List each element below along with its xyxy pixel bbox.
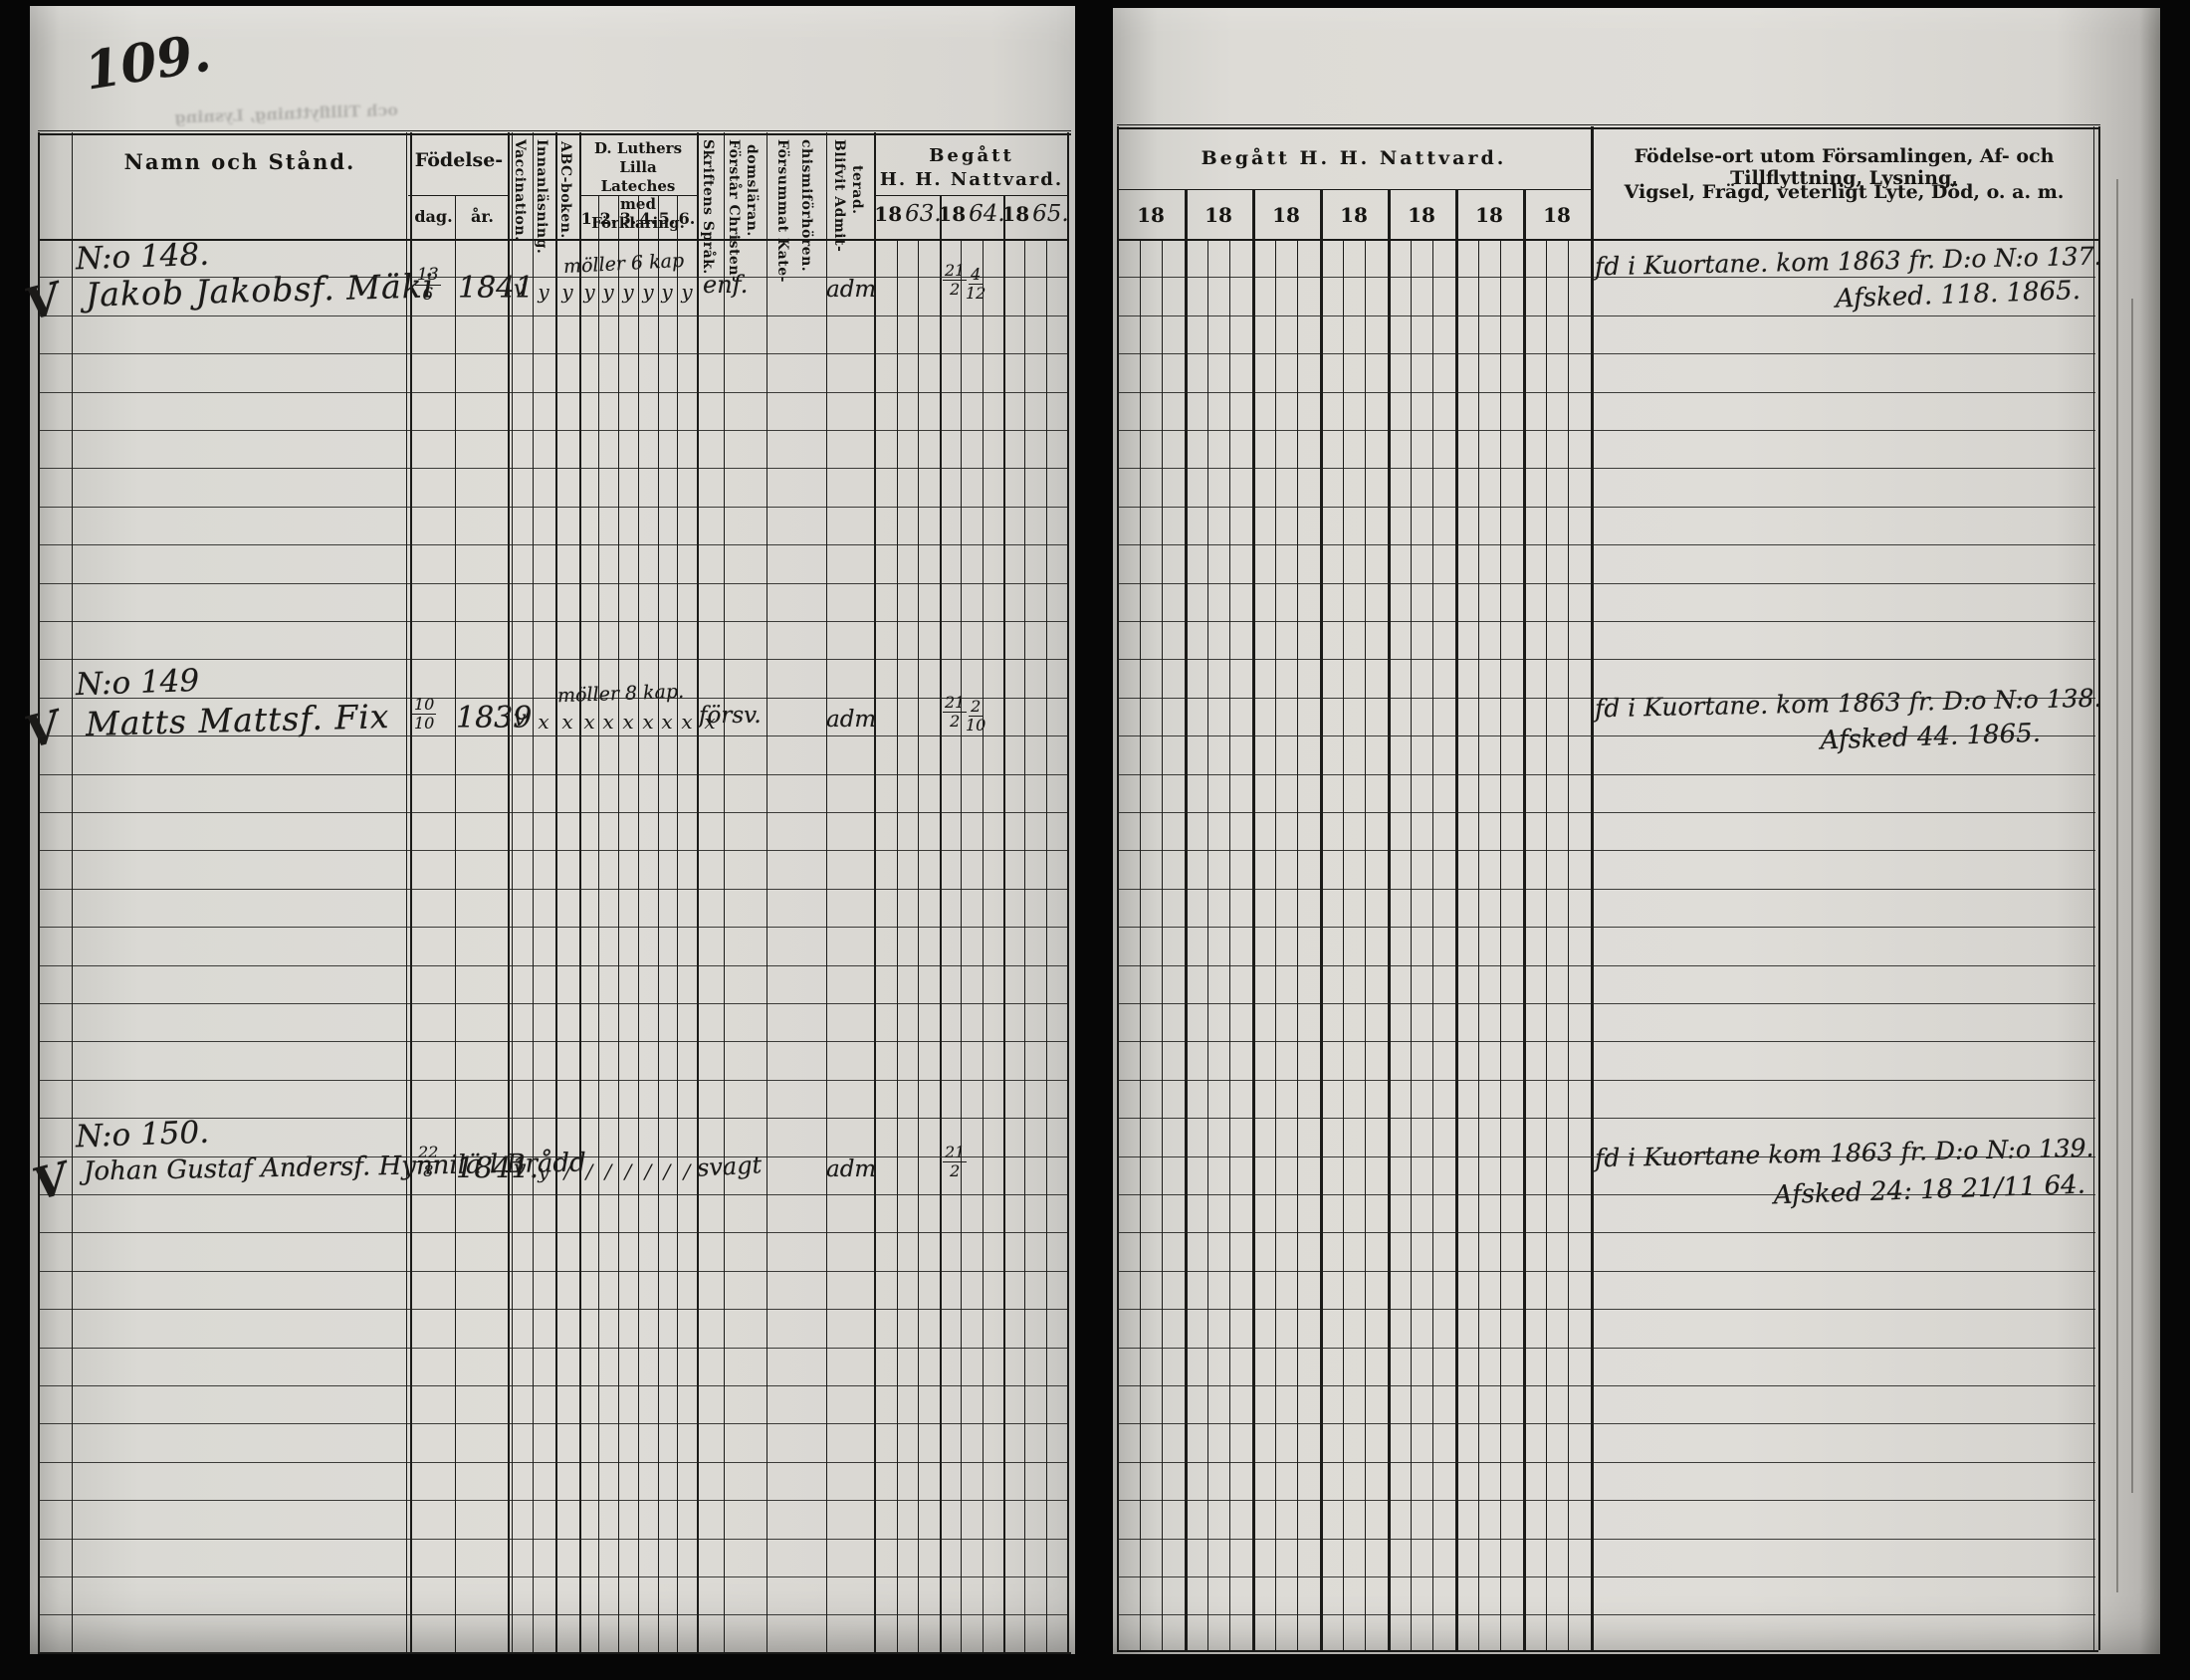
grid-line	[1117, 774, 2095, 775]
grid-line	[1117, 659, 2095, 660]
grid-line	[1117, 735, 2095, 736]
grid-line	[1411, 239, 1412, 1650]
grid-line	[38, 621, 1067, 622]
grid-line	[897, 239, 898, 1652]
col-header-missed-2: chismiförhören.	[798, 139, 814, 241]
grid-line	[1275, 239, 1276, 1650]
grid-line	[38, 1462, 1067, 1463]
vaccination-mark: v	[514, 277, 526, 302]
birth-day: 136	[415, 267, 441, 304]
grid-line	[1546, 239, 1547, 1650]
grid-line	[638, 195, 639, 1652]
grid-line	[1117, 1462, 2095, 1463]
notes-header-line2: Vigsel, Frägd, veterligt Lyte, Död, o. a…	[1593, 181, 2095, 203]
grid-line	[38, 133, 1071, 135]
grid-line	[38, 1614, 1067, 1615]
year-cell-1864: 18 64.	[942, 201, 1001, 227]
grid-line	[38, 1385, 1067, 1386]
grid-line	[38, 1080, 1067, 1081]
grid-line	[1003, 195, 1005, 1652]
grid-line	[38, 659, 1067, 660]
grid-line	[1117, 1309, 2095, 1310]
mark-cell: x	[555, 705, 579, 738]
right-year-5: 18	[1402, 203, 1441, 227]
grid-line	[38, 774, 1067, 775]
grid-line	[38, 1003, 1067, 1004]
grid-line	[1117, 1423, 2095, 1424]
catechism-subcol-5: 5.	[657, 209, 677, 228]
communion-date: 212	[943, 695, 967, 730]
grid-line	[1117, 965, 2095, 966]
communion-header-line1: Begått	[876, 145, 1067, 166]
grid-line	[1117, 189, 1591, 190]
grid-line	[1117, 544, 2095, 545]
mark-cell: y	[532, 275, 555, 309]
grid-line	[1162, 239, 1163, 1650]
mark-cell: /	[675, 1155, 699, 1188]
col-header-admitted-2: terad.	[849, 139, 865, 241]
grid-line	[1117, 1232, 2095, 1233]
year-written: 64.	[969, 201, 1005, 227]
grid-line	[1117, 698, 2095, 699]
col-header-scripture: Skriftens Språk.	[700, 139, 716, 241]
admitted-entry: adm	[826, 277, 874, 303]
grid-line	[1117, 1385, 2095, 1386]
grid-line	[1500, 239, 1501, 1650]
grid-line	[1185, 189, 1188, 1650]
mark-cell: /	[555, 1155, 579, 1188]
grid-line	[1478, 239, 1479, 1650]
right-year-6: 18	[1469, 203, 1509, 227]
grid-line	[1117, 430, 2095, 431]
grid-line	[38, 353, 1067, 354]
grid-line	[1297, 239, 1298, 1650]
year-printed: 18	[874, 202, 902, 226]
grid-line	[1117, 239, 2098, 241]
year-cell-1865: 18 65.	[1005, 201, 1065, 227]
grid-line	[874, 195, 1067, 196]
grid-line	[38, 1271, 1067, 1272]
year-printed: 18	[1001, 202, 1029, 226]
grid-line	[677, 195, 678, 1652]
col-header-understands-2: domsläran.	[744, 139, 760, 241]
grid-line	[1117, 1614, 2095, 1615]
right-year-4: 18	[1334, 203, 1374, 227]
mark-cell: y	[555, 275, 579, 309]
right-year-7: 18	[1537, 203, 1577, 227]
grid-line	[1117, 468, 2095, 469]
grid-line	[38, 1232, 1067, 1233]
catechism-subcol-4: 4.	[638, 209, 658, 228]
year-written: 63.	[905, 201, 942, 227]
grid-line	[1117, 353, 2095, 354]
grid-line	[1046, 239, 1047, 1652]
grid-line	[1568, 239, 1569, 1650]
communion-date: 212	[943, 263, 967, 298]
mark-cell: x	[532, 705, 555, 738]
grid-line	[38, 1423, 1067, 1424]
grid-line	[658, 195, 659, 1652]
right-year-3: 18	[1266, 203, 1306, 227]
grid-line	[455, 195, 456, 1652]
grid-line	[38, 1309, 1067, 1310]
subheader-day: dag.	[412, 207, 455, 226]
page-edge-streak	[2116, 179, 2118, 1592]
grid-line	[38, 965, 1067, 966]
communion-date: 212	[943, 1145, 967, 1179]
col-header-reading: Innanläsning.	[534, 139, 549, 241]
catechism-subcol-1: 1.	[579, 209, 599, 228]
grid-line	[38, 1348, 1067, 1349]
catechism-subcol-2: 2.	[598, 209, 618, 228]
grid-line	[1432, 239, 1433, 1650]
grid-line	[1252, 189, 1255, 1650]
grid-line	[1388, 189, 1391, 1650]
grid-line	[38, 1194, 1067, 1195]
grid-line	[1117, 889, 2095, 890]
grid-line	[1365, 239, 1366, 1650]
col-header-vaccination: Vaccination.	[512, 139, 528, 241]
col-header-birth: Födelse-	[410, 149, 508, 171]
grid-line	[38, 1652, 1071, 1654]
right-communion-header: Begått H. H. Nattvard.	[1117, 147, 1591, 169]
vaccination-mark: v	[514, 707, 526, 732]
grid-line	[1455, 189, 1458, 1650]
admitted-entry: adm	[826, 707, 874, 733]
grid-line	[1117, 1500, 2095, 1501]
grid-line	[983, 239, 984, 1652]
grid-line	[38, 889, 1067, 890]
grid-line	[1117, 1271, 2095, 1272]
grid-line	[918, 239, 919, 1652]
grid-line	[1117, 583, 2095, 584]
grid-line	[1343, 239, 1344, 1650]
grid-line	[1207, 239, 1208, 1650]
birth-day: 228	[416, 1145, 440, 1179]
page-edge-streak	[2131, 299, 2133, 1493]
grid-line	[2098, 126, 2100, 1650]
grid-line	[38, 1156, 1067, 1157]
grid-line	[1117, 1576, 2095, 1577]
book-scan: 109. och Tillflyttning, Lysning Namn och…	[0, 0, 2190, 1680]
grid-line	[1117, 277, 2095, 278]
col-header-name: Namn och Stånd.	[72, 149, 408, 174]
grid-line	[38, 315, 1067, 316]
grid-line	[1117, 1194, 2095, 1195]
grid-line	[38, 735, 1067, 736]
year-printed: 18	[938, 202, 966, 226]
mark-cell: y	[675, 275, 699, 309]
communion-header-line2: H. H. Nattvard.	[876, 169, 1067, 190]
grid-line	[38, 130, 1071, 131]
birth-day: 1010	[412, 697, 436, 732]
grid-line	[38, 698, 1067, 699]
grid-line	[1117, 315, 2095, 316]
col-header-missed-1: Försummat Kate-	[774, 139, 790, 241]
record-number: N:o 150.	[75, 1115, 209, 1155]
grid-line	[38, 544, 1067, 545]
mark-cell: x	[675, 705, 699, 738]
grid-line	[408, 195, 510, 196]
grid-line	[38, 277, 1067, 278]
grid-line	[38, 1500, 1067, 1501]
grid-line	[38, 239, 1067, 241]
grid-line	[1523, 189, 1526, 1650]
understands-entry: enf.	[703, 271, 748, 299]
grid-line	[940, 195, 942, 1652]
grid-line	[1229, 239, 1230, 1650]
grid-line	[38, 507, 1067, 508]
grid-line	[1117, 1348, 2095, 1349]
grid-line	[579, 195, 697, 196]
grid-line	[38, 812, 1067, 813]
mark-cell: y	[532, 1155, 555, 1188]
grid-line	[38, 1576, 1067, 1577]
grid-line	[1117, 1080, 2095, 1081]
grid-line	[1140, 239, 1141, 1650]
grid-line	[1117, 1003, 2095, 1004]
grid-line	[1067, 132, 1069, 1652]
grid-line	[1117, 812, 2095, 813]
catechism-subcol-6: 6.	[677, 209, 697, 228]
admitted-entry: adm	[826, 1156, 874, 1182]
grid-line	[38, 430, 1067, 431]
col-header-abc-book: ABC-boken.	[557, 139, 573, 241]
grid-line	[1320, 189, 1323, 1650]
vaccination-mark: v	[514, 1156, 526, 1181]
grid-line	[1117, 1539, 2095, 1540]
grid-line	[1117, 1156, 2095, 1157]
grid-line	[1117, 1650, 2098, 1652]
grid-line	[1117, 850, 2095, 851]
grid-line	[38, 1041, 1067, 1042]
grid-line	[618, 195, 619, 1652]
understands-entry: försv.	[699, 703, 762, 729]
grid-line	[1117, 507, 2095, 508]
right-year-2: 18	[1199, 203, 1238, 227]
col-header-admitted-1: Blifvit Admit-	[831, 139, 847, 241]
grid-line	[1117, 1041, 2095, 1042]
grid-line	[1117, 927, 2095, 928]
grid-line	[38, 392, 1067, 393]
grid-line	[598, 195, 599, 1652]
grid-line	[961, 239, 962, 1652]
subheader-year: år.	[457, 207, 508, 226]
catechism-subcol-3: 3.	[618, 209, 638, 228]
record-number: N:o 148.	[75, 237, 209, 278]
grid-line	[1117, 127, 2100, 129]
year-written: 65.	[1032, 201, 1069, 227]
grid-line	[1117, 124, 2100, 125]
grid-line	[38, 927, 1067, 928]
grid-line	[1117, 392, 2095, 393]
grid-line	[38, 850, 1067, 851]
grid-line	[1117, 621, 2095, 622]
catechism-note: möller 8 kap.	[557, 681, 685, 707]
grid-line	[38, 1118, 1067, 1119]
grid-line	[1117, 1118, 2095, 1119]
grid-line	[38, 1539, 1067, 1540]
grid-line	[1024, 239, 1025, 1652]
grid-line	[38, 468, 1067, 469]
grid-line	[38, 583, 1067, 584]
year-cell-1863: 18 63.	[878, 201, 938, 227]
right-year-1: 18	[1131, 203, 1171, 227]
col-header-understands-1: Förstår Christen-	[726, 139, 742, 241]
